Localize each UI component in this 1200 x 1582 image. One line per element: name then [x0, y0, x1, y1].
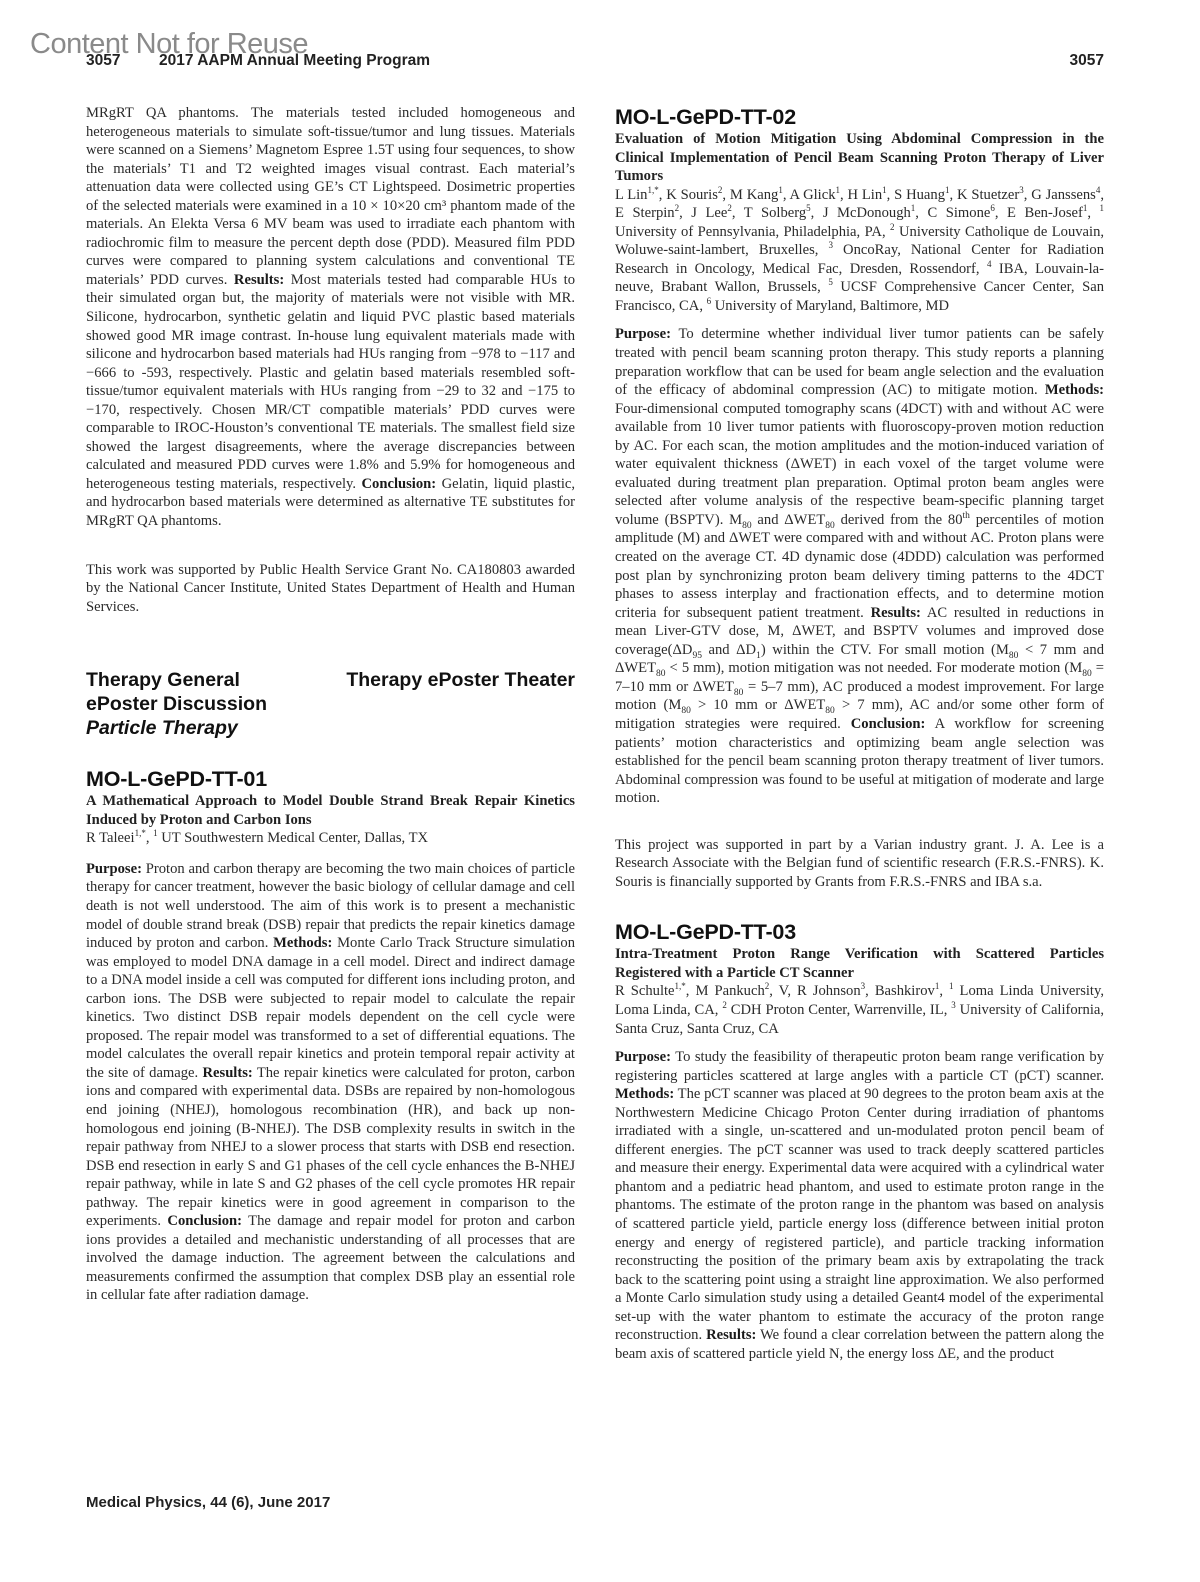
- affiliation-sup: 6: [707, 296, 712, 306]
- methods-text: Four-dimensional computed tomography sca…: [615, 401, 1104, 528]
- affiliation-sup: 4: [987, 259, 992, 269]
- left-column: MRgRT QA phantoms. The materials tested …: [86, 104, 575, 1305]
- author-name: R Taleei: [86, 830, 135, 846]
- author-sup: 2: [765, 982, 770, 992]
- author-name: J McDonough: [823, 205, 911, 221]
- affiliation: UT Southwestern Medical Center, Dallas, …: [161, 830, 428, 846]
- author-name: K Stuetzer: [957, 187, 1019, 203]
- abstract-body: Purpose: To determine whether individual…: [615, 325, 1104, 807]
- author-sup: 3: [861, 982, 866, 992]
- results-text: and ΔD: [709, 642, 757, 658]
- author-name: H Lin: [848, 187, 883, 203]
- affiliation: CDH Proton Center, Warrenville, IL: [731, 1002, 944, 1018]
- abstract-authors: L Lin1,*, K Souris2, M Kang1, A Glick1, …: [615, 186, 1104, 316]
- author-sup: 4: [1096, 185, 1101, 195]
- author-name: C Simone: [927, 205, 990, 221]
- methods-label: Methods:: [273, 935, 332, 951]
- author-name: M Kang: [730, 187, 778, 203]
- author-sup: 1: [911, 203, 916, 213]
- conclusion-label: Conclusion:: [167, 1213, 242, 1229]
- subscript: 80: [656, 669, 666, 679]
- affiliation-sup: 1: [153, 828, 158, 838]
- affiliation-sup: 1: [1100, 203, 1105, 213]
- methods-text: Monte Carlo Track Structure simulation w…: [86, 935, 575, 1081]
- affiliation-sup: 1: [949, 982, 954, 992]
- abstract-title: Intra-Treatment Proton Range Verificatio…: [615, 945, 1104, 982]
- session-title-line-2: ePoster Discussion: [86, 692, 575, 716]
- affiliation-sup: 3: [951, 1000, 956, 1010]
- page-number-right: 3057: [1070, 52, 1104, 70]
- author-sup: 1,*: [675, 982, 686, 992]
- results-text: Most materials tested had comparable HUs…: [86, 272, 575, 492]
- author-sup: 1,*: [135, 828, 146, 838]
- abstract-title: Evaluation of Motion Mitigation Using Ab…: [615, 130, 1104, 186]
- purpose-label: Purpose:: [86, 861, 142, 877]
- abstract-title: A Mathematical Approach to Model Double …: [86, 792, 575, 829]
- conclusion-label: Conclusion:: [851, 716, 926, 732]
- author-sup: 1: [836, 185, 841, 195]
- right-column: MO-L-GePD-TT-02 Evaluation of Motion Mit…: [615, 104, 1104, 1363]
- results-label: Results:: [203, 1065, 253, 1081]
- abstract-body: Purpose: To study the feasibility of the…: [615, 1048, 1104, 1363]
- author-name: T Solberg: [744, 205, 806, 221]
- symbol-dwet: ΔWET: [784, 512, 825, 528]
- affiliation-sup: 3: [828, 240, 833, 250]
- author-name: S Huang: [894, 187, 945, 203]
- methods-text: The pCT scanner was placed at 90 degrees…: [615, 1086, 1104, 1343]
- purpose-label: Purpose:: [615, 326, 671, 342]
- affiliation: University of Maryland, Baltimore, MD: [715, 298, 949, 314]
- superscript: th: [963, 511, 970, 521]
- conclusion-label: Conclusion:: [362, 476, 437, 492]
- author-sup: 5: [806, 203, 811, 213]
- funding-note: This work was supported by Public Health…: [86, 561, 575, 617]
- author-name: K Souris: [666, 187, 718, 203]
- purpose-label: Purpose:: [615, 1049, 671, 1065]
- subscript: 80: [1082, 669, 1092, 679]
- results-label: Results:: [871, 605, 921, 621]
- abstract-id: MO-L-GePD-TT-01: [86, 766, 575, 792]
- continued-methods-text: MRgRT QA phantoms. The materials tested …: [86, 105, 575, 288]
- abstract-body: Purpose: Proton and carbon therapy are b…: [86, 860, 575, 1305]
- author-name: E Sterpin: [615, 205, 675, 221]
- affiliation-sup: 5: [828, 278, 833, 288]
- abstract-id: MO-L-GePD-TT-03: [615, 919, 1104, 945]
- results-text: > 10 mm or ΔWET: [698, 697, 825, 713]
- author-name: M Pankuch: [695, 983, 764, 999]
- funding-note: This project was supported in part by a …: [615, 836, 1104, 892]
- affiliation-sup: 2: [890, 222, 895, 232]
- methods-label: Methods:: [615, 1086, 674, 1102]
- affiliation: University of Pennsylvania, Philadelphia…: [615, 224, 882, 240]
- author-name: V, R Johnson: [779, 983, 861, 999]
- results-label: Results:: [706, 1327, 756, 1343]
- purpose-text: To study the feasibility of therapeutic …: [615, 1049, 1104, 1084]
- abstract-id: MO-L-GePD-TT-02: [615, 104, 1104, 130]
- author-sup: 1: [935, 982, 940, 992]
- symbol-m: M: [729, 512, 742, 528]
- results-label: Results:: [234, 272, 284, 288]
- results-text: < 5 mm), motion mitigation was not neede…: [670, 660, 1083, 676]
- author-sup: 2: [718, 185, 723, 195]
- session-header: Therapy General Therapy ePoster Theater …: [86, 668, 575, 740]
- author-name: L Lin: [615, 187, 647, 203]
- abstract-authors: R Schulte1,*, M Pankuch2, V, R Johnson3,…: [615, 982, 1104, 1038]
- author-name: G Janssens: [1031, 187, 1096, 203]
- author-sup: 2: [675, 203, 680, 213]
- affiliation-sup: 2: [722, 1000, 727, 1010]
- author-name: E Ben-Josef: [1007, 205, 1083, 221]
- author-name: R Schulte: [615, 983, 675, 999]
- methods-label: Methods:: [1045, 382, 1104, 398]
- author-sup: 1: [778, 185, 783, 195]
- author-name: J Lee: [691, 205, 727, 221]
- subscript: 80: [825, 706, 835, 716]
- author-sup: 2: [727, 203, 732, 213]
- session-location: Therapy ePoster Theater: [346, 668, 575, 692]
- author-sup: 1: [1083, 203, 1088, 213]
- session-title-line-1: Therapy General: [86, 668, 240, 692]
- author-sup: 1,*: [647, 185, 658, 195]
- author-name: A Glick: [790, 187, 836, 203]
- purpose-text: To determine whether individual liver tu…: [615, 326, 1104, 398]
- continued-abstract: MRgRT QA phantoms. The materials tested …: [86, 104, 575, 531]
- abstract-authors: R Taleei1,*, 1 UT Southwestern Medical C…: [86, 829, 575, 848]
- session-subtitle: Particle Therapy: [86, 716, 575, 740]
- subscript: 80: [681, 706, 691, 716]
- author-name: Bashkirov: [875, 983, 935, 999]
- journal-citation-footer: Medical Physics, 44 (6), June 2017: [86, 1494, 330, 1511]
- author-sup: 1: [882, 185, 887, 195]
- author-sup: 3: [1019, 185, 1024, 195]
- methods-text: derived from the 80: [841, 512, 963, 528]
- author-sup: 1: [945, 185, 950, 195]
- watermark: Content Not for Reuse: [30, 28, 308, 61]
- author-sup: 6: [990, 203, 995, 213]
- results-text: The repair kinetics were calculated for …: [86, 1065, 575, 1229]
- results-text: ) within the CTV. For small motion (M: [761, 642, 1009, 658]
